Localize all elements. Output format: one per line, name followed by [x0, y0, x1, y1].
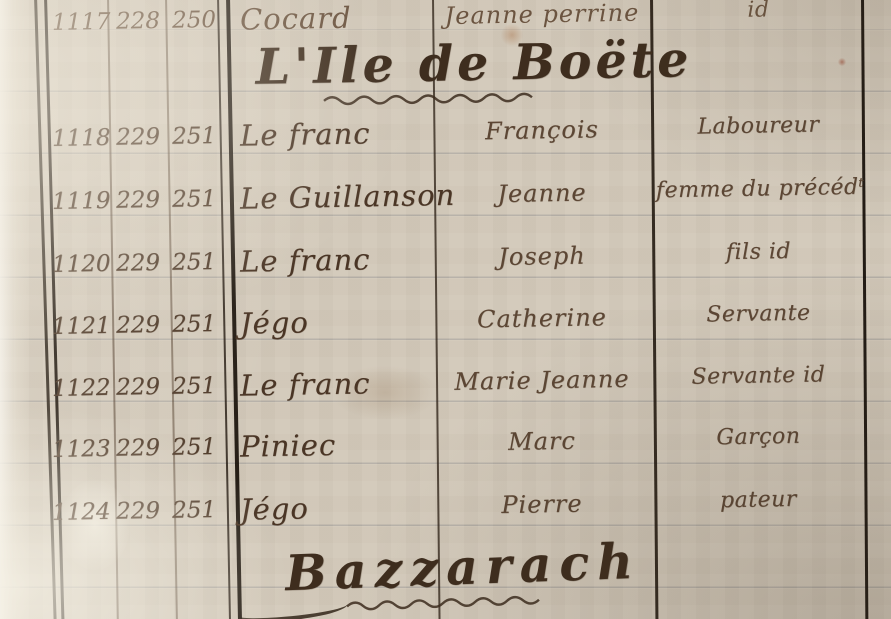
occupation: fils id [656, 231, 862, 275]
surname: Le franc [240, 112, 436, 155]
folio-number: 229 [110, 180, 167, 221]
section-title-bazzarach: Bazzarach [267, 531, 659, 603]
register-number: 1123 [52, 429, 109, 470]
folio-number: 229 [110, 428, 167, 469]
given-name: François [436, 108, 649, 152]
occupation: Servante id [656, 355, 862, 399]
folio-number-2: 251 [168, 490, 221, 531]
given-name: Catherine [436, 296, 649, 340]
surname: Jégo [240, 300, 436, 343]
folio-number-2: 251 [168, 304, 221, 345]
surname: Jégo [240, 486, 436, 529]
register-number: 1124 [52, 492, 109, 533]
register-number: 1117 [52, 2, 109, 43]
surname: Cocard [240, 0, 436, 40]
surname: Le franc [240, 362, 436, 405]
folio-number-2: 251 [168, 179, 221, 220]
table-row: 1120 229 251 Le franc Joseph fils id [0, 230, 891, 288]
register-number: 1121 [52, 306, 109, 347]
register-number: 1120 [52, 244, 109, 285]
section-title-ile-de-boete: L'Ile de Boëte [248, 30, 701, 96]
folio-number: 229 [110, 367, 167, 408]
register-number: 1122 [52, 368, 109, 409]
folio-number: 229 [110, 491, 167, 532]
table-row: 1121 229 251 Jégo Catherine Servante [0, 292, 891, 350]
occupation: Garçon [656, 416, 862, 460]
given-name: Marie Jeanne [436, 358, 649, 402]
table-row: 1119 229 251 Le Guillanson Jeanne femme … [0, 167, 891, 225]
folio-number-2: 251 [168, 366, 221, 407]
folio-number-2: 250 [168, 0, 221, 41]
occupation: pateur [656, 479, 862, 523]
table-row: 1123 229 251 Piniec Marc Garçon [0, 415, 891, 473]
surname: Le franc [240, 238, 436, 281]
register-number: 1118 [52, 118, 109, 159]
surname: Piniec [240, 423, 436, 466]
folio-number-2: 251 [168, 427, 221, 468]
occupation: id [656, 0, 862, 32]
occupation: Servante [656, 293, 862, 337]
table-row: 1124 229 251 Jégo Pierre pateur [0, 478, 891, 536]
register-page-photo: 1117 228 250 Cocard Jeanne perrine id L'… [0, 0, 891, 619]
table-row: 1118 229 251 Le franc François Laboureur [0, 104, 891, 162]
table-row: 1122 229 251 Le franc Marie Jeanne Serva… [0, 354, 891, 412]
folio-number: 229 [110, 243, 167, 284]
given-name: Joseph [436, 234, 649, 278]
paper-stain [838, 58, 846, 66]
folio-number-2: 251 [168, 242, 221, 283]
occupation: femme du précédᵗ [656, 168, 862, 212]
folio-number: 229 [110, 305, 167, 346]
register-number: 1119 [52, 181, 109, 222]
given-name: Marc [436, 419, 649, 463]
given-name: Jeanne [436, 171, 649, 215]
folio-number: 229 [110, 117, 167, 158]
surname: Le Guillanson [240, 175, 436, 218]
occupation: Laboureur [656, 105, 862, 149]
folio-number-2: 251 [168, 116, 221, 157]
flourish-underline [322, 90, 540, 106]
given-name: Pierre [436, 482, 649, 526]
folio-number: 228 [110, 1, 167, 42]
